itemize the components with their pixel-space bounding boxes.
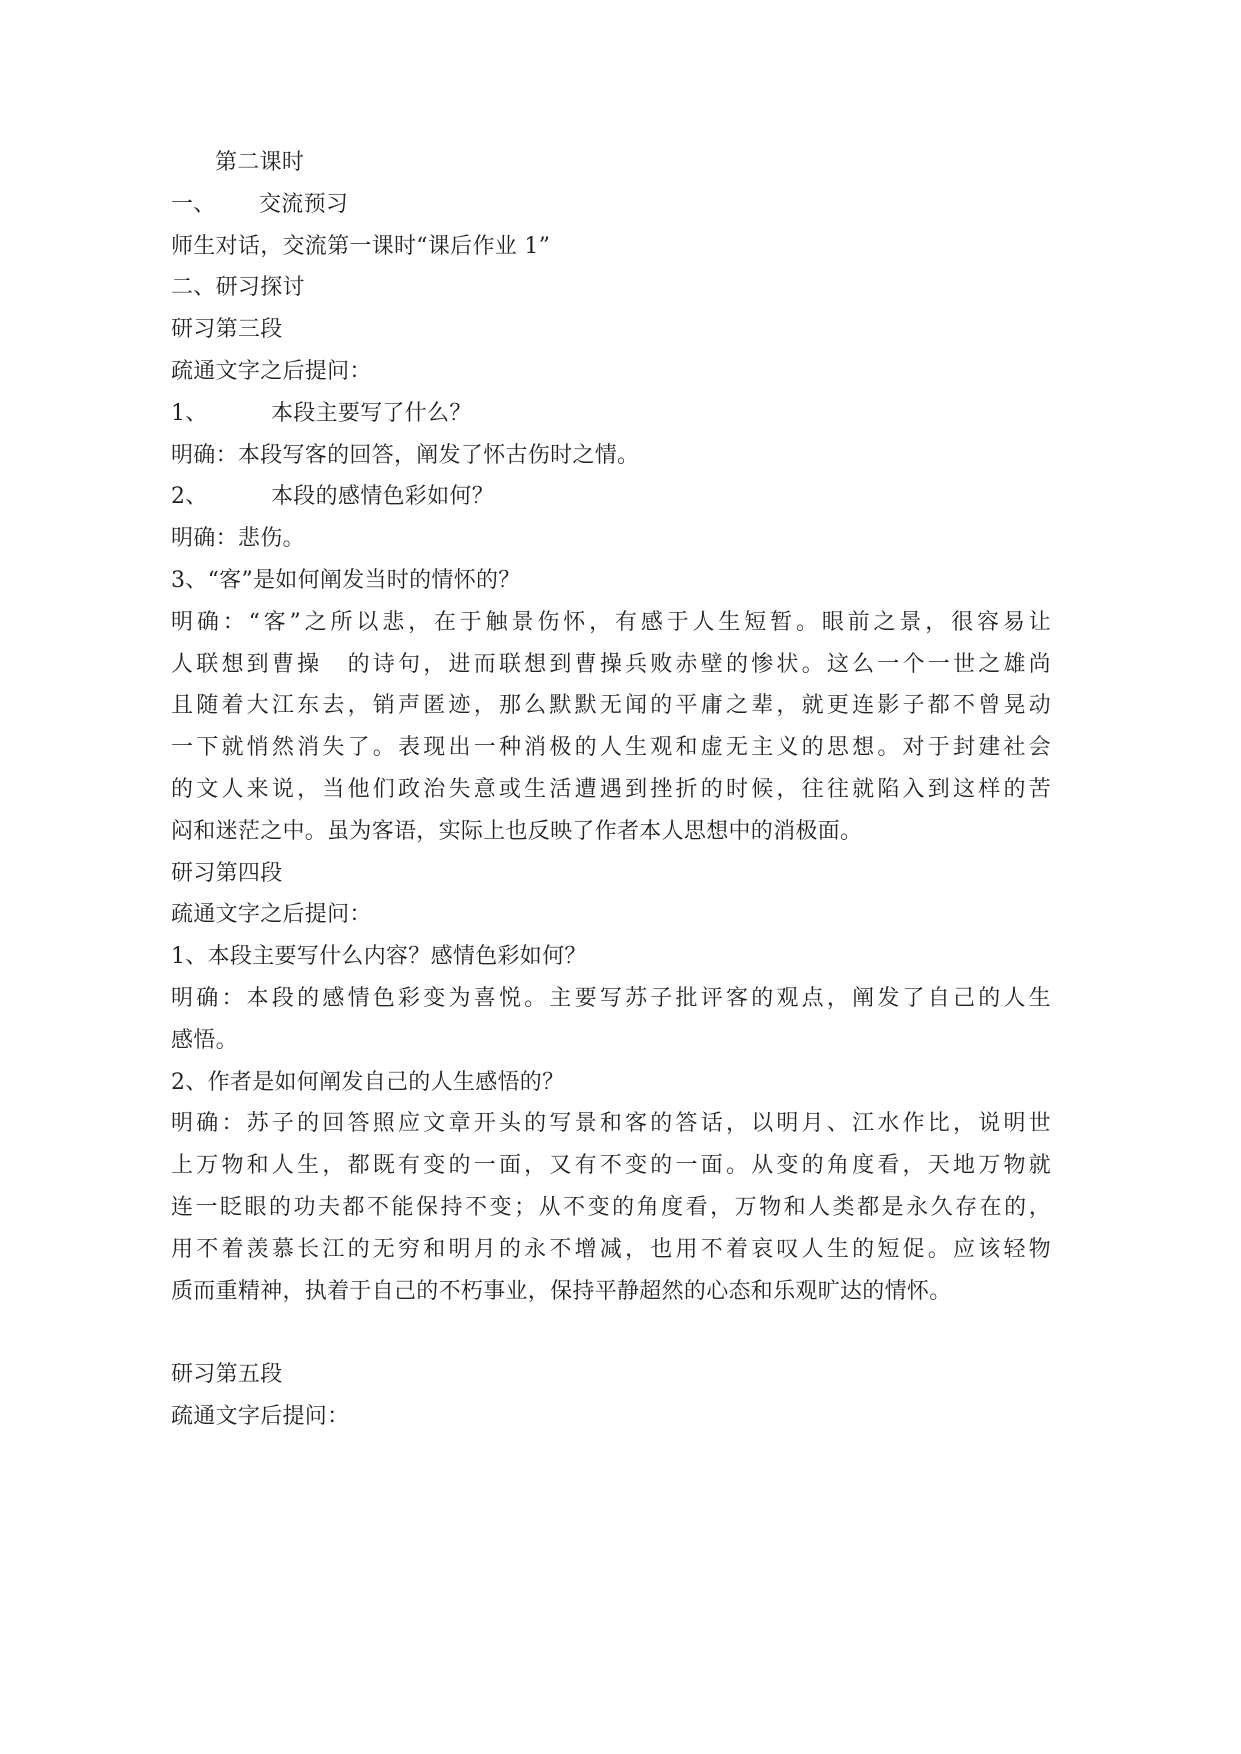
prompt-text: 疏通文字之后提问： [171,894,1061,936]
answer-line: 明确：本段的感情色彩变为喜悦。主要写苏子批评客的观点，阐发了自己的人生 [171,978,1051,1020]
answer-line: 明确：“客”之所以悲，在于触景伤怀，有感于人生短暂。眼前之景，很容易让 [171,602,1051,644]
question-text: 本段的感情色彩如何？ [271,484,494,509]
answer-line: 连一眨眼的功夫都不能保持不变；从不变的角度看，万物和人类都是永久存在的， [171,1187,1051,1229]
blank-line [171,1312,1061,1354]
question-text: 本段主要写了什么？ [271,401,472,426]
answer-line: 上万物和人生，都既有变的一面，又有不变的一面。从变的角度看，天地万物就 [171,1145,1051,1187]
answer-line: 一下就悄然消失了。表现出一种消极的人生观和虚无主义的思想。对于封建社会 [171,727,1051,769]
paragraph: 师生对话，交流第一课时“课后作业 1” [171,226,1061,268]
prompt-text: 疏通文字后提问： [171,1396,1061,1438]
answer-line: 明确：苏子的回答照应文章开头的写景和客的答话，以明月、江水作比，说明世 [171,1103,1051,1145]
document-page: 第二课时 一、交流预习 师生对话，交流第一课时“课后作业 1” 二、研习探讨 研… [0,0,1241,1754]
answer-line: 人联想到曹操 的诗句，进而联想到曹操兵败赤壁的惨状。这么一个一世之雄尚 [171,644,1051,686]
answer: 明确：本段写客的回答，阐发了怀古伤时之情。 [171,435,1061,477]
question-number: 2、 [171,476,271,518]
question: 1、本段主要写什么内容？感情色彩如何？ [171,936,1061,978]
question: 2、本段的感情色彩如何？ [171,476,1061,518]
question-number: 1、 [171,393,271,435]
subsection-heading: 研习第三段 [171,309,1061,351]
section-number: 一、 [171,184,259,226]
question: 3、“客”是如何阐发当时的情怀的？ [171,560,1061,602]
section-heading-2: 二、研习探讨 [171,267,1061,309]
answer: 明确：悲伤。 [171,518,1061,560]
document-body: 第二课时 一、交流预习 师生对话，交流第一课时“课后作业 1” 二、研习探讨 研… [171,142,1061,1438]
answer-line: 感悟。 [171,1020,1061,1062]
answer-line: 的文人来说，当他们政治失意或生活遭遇到挫折的时候，往往就陷入到这样的苦 [171,769,1051,811]
answer-line: 且随着大江东去，销声匿迹，那么默默无闻的平庸之辈，就更连影子都不曾晃动 [171,685,1051,727]
subsection-heading: 研习第五段 [171,1354,1061,1396]
answer-line: 闷和迷茫之中。虽为客语，实际上也反映了作者本人思想中的消极面。 [171,811,1061,853]
lesson-title: 第二课时 [171,142,1061,184]
question: 1、本段主要写了什么？ [171,393,1061,435]
prompt-text: 疏通文字之后提问： [171,351,1061,393]
section-heading-1: 一、交流预习 [171,184,1061,226]
answer-line: 用不着羡慕长江的无穷和明月的永不增减，也用不着哀叹人生的短促。应该轻物 [171,1229,1051,1271]
question: 2、作者是如何阐发自己的人生感悟的？ [171,1062,1061,1104]
answer-line: 质而重精神，执着于自己的不朽事业，保持平静超然的心态和乐观旷达的情怀。 [171,1271,1061,1313]
section-heading-text: 交流预习 [259,192,348,217]
subsection-heading: 研习第四段 [171,853,1061,895]
